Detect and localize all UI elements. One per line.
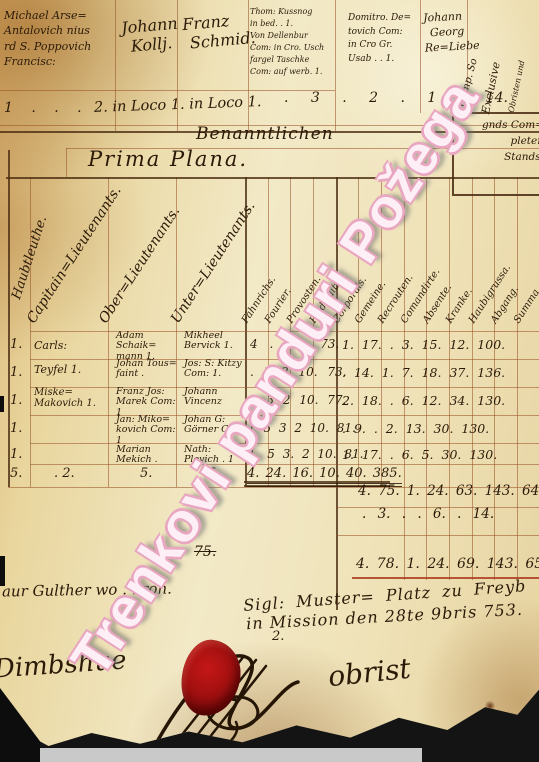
document-scan: Michael Arse= Antalovich nius rd S. Popp… xyxy=(0,0,539,762)
scan-edge-mark xyxy=(0,556,5,586)
scan-edge-mark xyxy=(0,396,4,412)
top-numbers-mid: 2. in Loco 1. in Loco 1. xyxy=(94,94,262,117)
top-cell-2: Johann Kollj. xyxy=(120,14,180,57)
top-cell-6: Johann Georg Re=Liebe xyxy=(423,8,487,56)
subtotal-line: 4. 75. 1. 24. 63. 143. 644. xyxy=(358,483,539,499)
top-cell-3: Franz Schmid. xyxy=(181,9,256,53)
top-cell-5: Domitro. De= tovich Com: in Cro Gr. Usab… xyxy=(348,12,420,66)
subtotal-line: 4. 78. 1. 24. 69. 143. 658. xyxy=(356,556,539,573)
signature-flourish xyxy=(140,628,350,758)
subtotal-line: . 3. . . 6. . 14. xyxy=(362,506,494,522)
column-header-ober: Ober=Lieutenants. xyxy=(96,204,184,327)
page-title: Prima Plana. xyxy=(88,147,248,172)
ink-speck xyxy=(485,700,495,712)
top-cell-4: Thom: Kussnog in bed. . 1. Von Dellenbur… xyxy=(250,6,336,78)
vertical-note-3: Obristen und xyxy=(507,60,527,114)
table-row: 1. Marian Mekich . Nath: Plovich . 1 1. … xyxy=(0,443,539,467)
top-cell-1: Michael Arse= Antalovich nius rd S. Popp… xyxy=(4,8,116,70)
section-heading: Benanntlichen xyxy=(196,124,334,144)
scan-bottom-strip xyxy=(18,748,422,762)
top-numbers-left: 1 . . . xyxy=(4,100,82,117)
grid-line xyxy=(66,148,67,177)
grid-line xyxy=(336,535,539,536)
